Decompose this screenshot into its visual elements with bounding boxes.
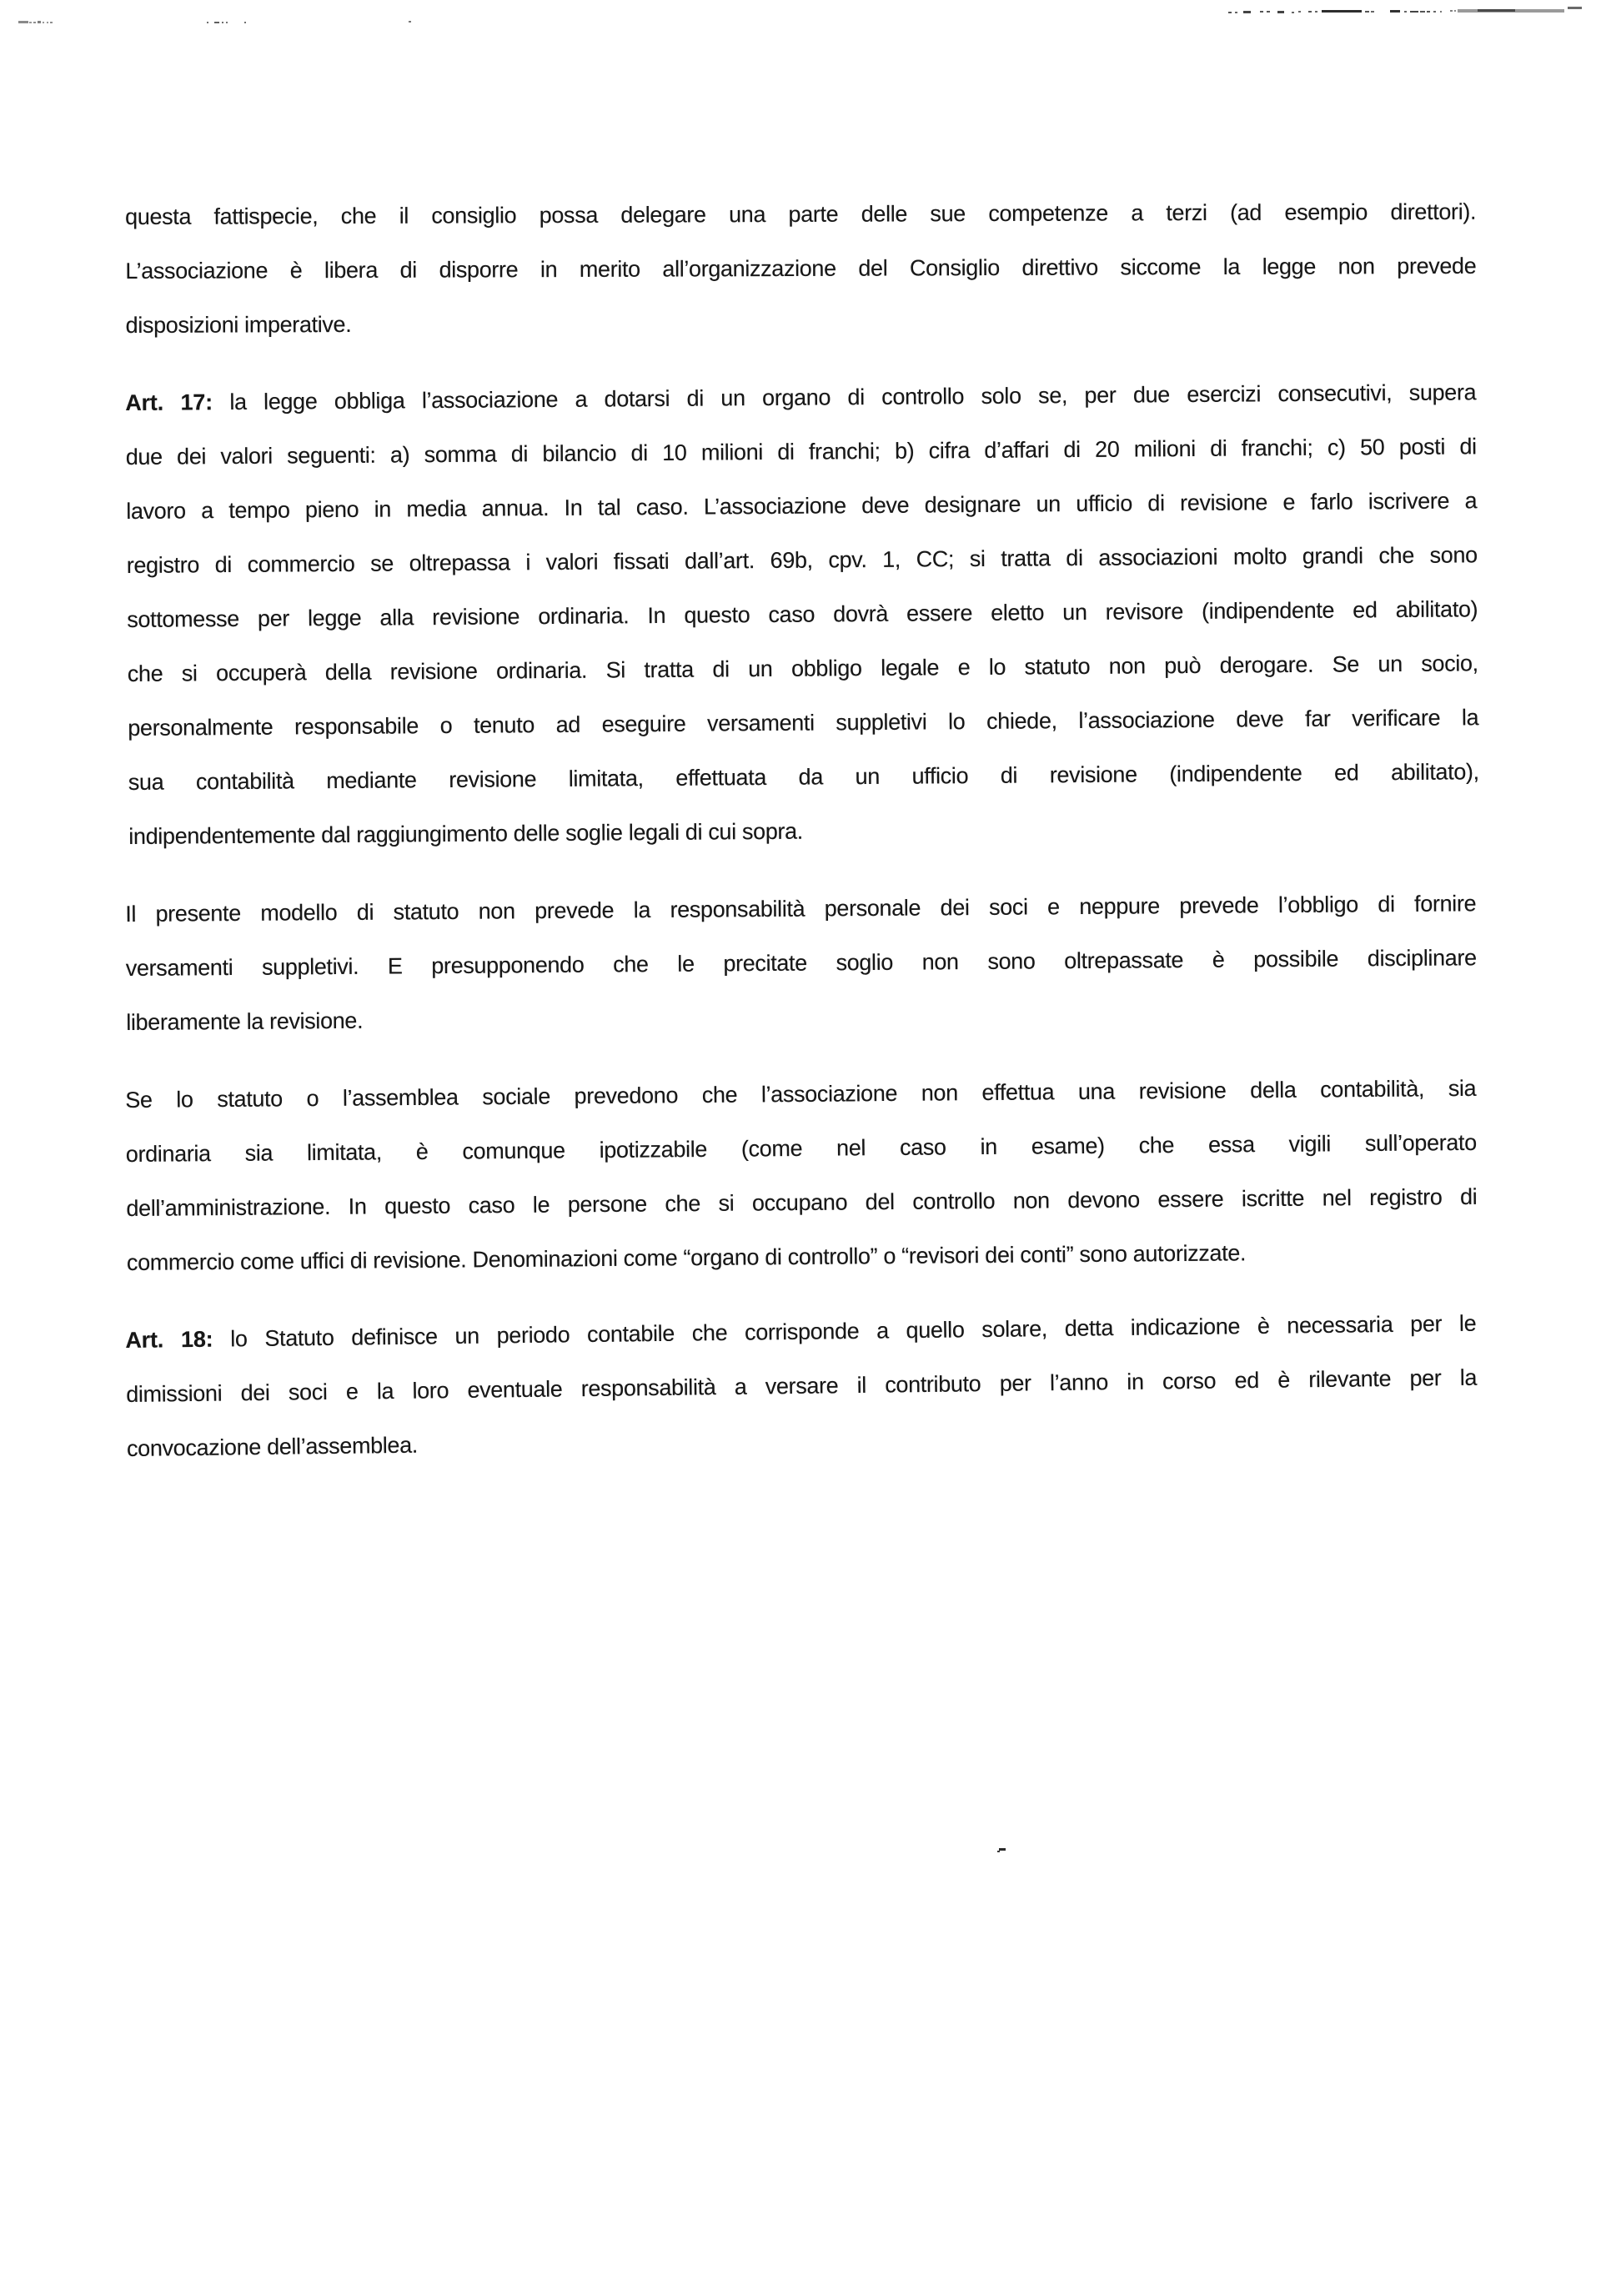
scan-artifact-mark xyxy=(244,22,246,23)
scan-artifact-mark xyxy=(1410,11,1418,13)
text-line: versamenti suppletivi. E presupponendo c… xyxy=(126,931,1477,996)
scan-artifact-mark xyxy=(1427,11,1430,13)
scanned-page: questa fattispecie, che il consiglio pos… xyxy=(0,0,1601,2296)
document-text: questa fattispecie, che il consiglio pos… xyxy=(125,190,1476,1500)
scan-artifact-mark xyxy=(29,22,32,23)
scan-artifact-mark xyxy=(1568,7,1582,9)
scanned-document-page: { "page": { "background": "#ffffff", "te… xyxy=(0,0,1601,2296)
scan-artifact-mark xyxy=(1371,11,1374,13)
text-line: indipendentemente dal raggiungimento del… xyxy=(128,799,1479,864)
scan-artifact-mark xyxy=(1235,12,1237,13)
paragraph: Art. 18: lo Statuto definisce un periodo… xyxy=(125,1297,1478,1476)
scan-artifact-mark xyxy=(1404,11,1407,13)
paragraph: Se lo statuto o l’assemblea sociale prev… xyxy=(125,1062,1478,1290)
scan-artifact-mark xyxy=(1315,11,1317,13)
scan-artifact-mark xyxy=(1260,11,1263,13)
scan-artifact-mark xyxy=(50,22,53,23)
scan-artifact-mark xyxy=(38,21,41,23)
text-line: commercio come uffici di revisione. Deno… xyxy=(127,1224,1478,1290)
scan-artifact-mark xyxy=(999,1848,1006,1851)
scan-artifact-mark xyxy=(1243,11,1251,13)
scan-artifact-mark xyxy=(43,22,44,23)
text-line: L’associazione è libera di disporre in m… xyxy=(125,239,1476,299)
scan-artifact-mark xyxy=(1440,11,1442,13)
scan-artifact-mark xyxy=(1390,10,1400,13)
scan-artifact-mark xyxy=(997,1851,1000,1852)
scan-artifact-mark xyxy=(409,21,411,23)
scan-artifact-mark xyxy=(222,22,223,23)
scan-artifact-mark xyxy=(47,22,48,23)
paragraph: Il presente modello di statuto non preve… xyxy=(125,877,1477,1050)
text-line: questa fattispecie, che il consiglio pos… xyxy=(125,185,1476,244)
text-line: sua contabilità mediante revisione limit… xyxy=(128,745,1479,810)
scan-artifact-mark xyxy=(1433,11,1436,13)
scan-artifact-mark xyxy=(214,22,219,23)
scan-artifact-mark xyxy=(1277,11,1284,13)
scan-artifact-mark xyxy=(1267,11,1270,13)
scan-artifact-mark xyxy=(1458,9,1564,13)
article-number-label: Art. 17: xyxy=(125,389,213,415)
scan-artifact-mark xyxy=(1298,11,1301,13)
text-line: disposizioni imperative. xyxy=(125,294,1476,353)
scan-artifact-mark xyxy=(207,22,208,23)
scan-artifact-mark xyxy=(1454,10,1456,12)
scan-artifact-mark xyxy=(1292,12,1294,13)
scan-artifact-mark xyxy=(1478,9,1515,12)
article-number-label: Art. 18: xyxy=(125,1327,213,1353)
scan-artifact-mark xyxy=(1420,11,1425,13)
paragraph: Art. 17: la legge obbliga l’associazione… xyxy=(125,365,1480,864)
scan-artifact-mark xyxy=(1228,12,1232,13)
scan-artifact-mark xyxy=(18,21,28,23)
scan-artifact-mark xyxy=(1322,10,1362,13)
scan-artifact-mark xyxy=(33,22,36,23)
scan-artifact-mark xyxy=(1308,11,1312,13)
text-line: liberamente la revisione. xyxy=(126,985,1477,1050)
scan-artifact-mark xyxy=(226,22,228,23)
scan-artifact-mark xyxy=(1450,10,1453,12)
paragraph: questa fattispecie, che il consiglio pos… xyxy=(125,185,1477,353)
scan-artifact-mark xyxy=(1365,11,1369,13)
